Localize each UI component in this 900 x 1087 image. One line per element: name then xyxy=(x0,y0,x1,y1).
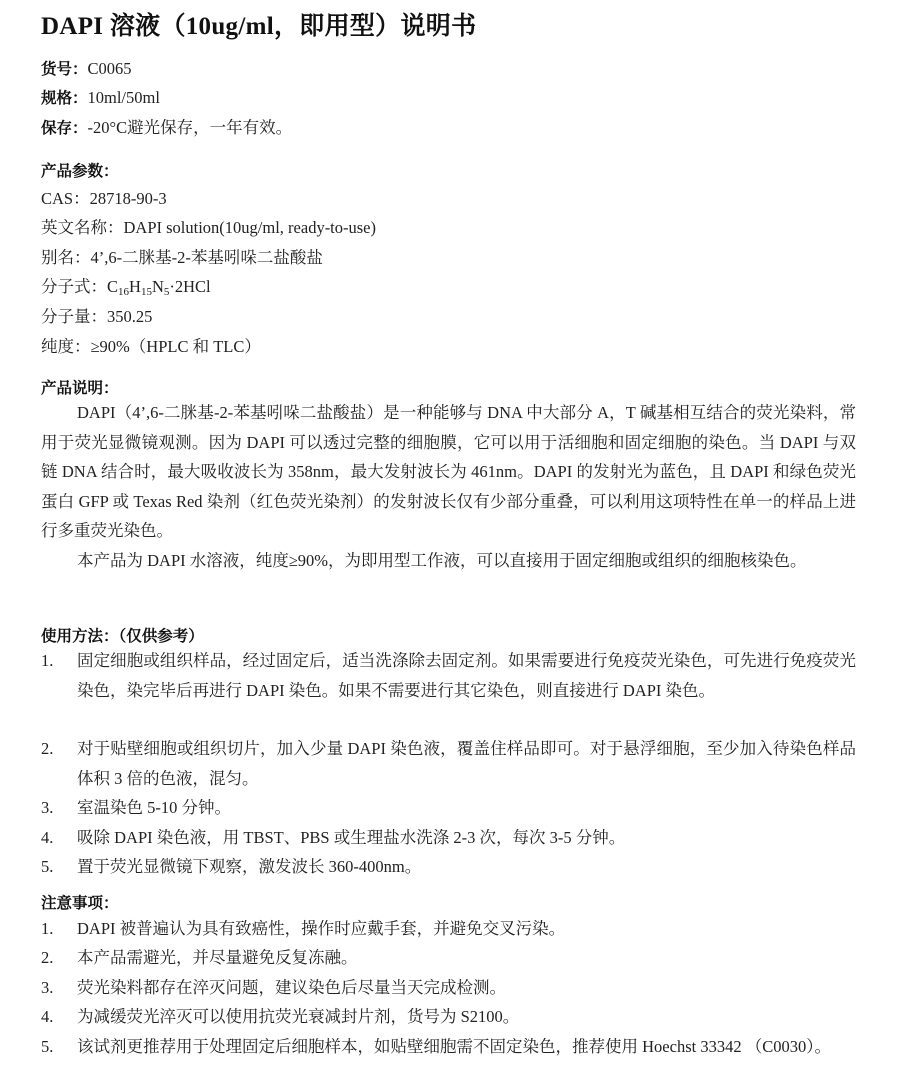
meta-label: 货号： xyxy=(41,60,88,78)
meta-value: -20°C避光保存，一年有效。 xyxy=(88,118,293,137)
meta-value: C0065 xyxy=(88,59,132,78)
usage-step: 3.室温染色 5-10 分钟。 xyxy=(41,793,856,823)
section-heading-params: 产品参数： xyxy=(41,159,119,181)
meta-label: 规格： xyxy=(41,89,88,107)
note-item: 3.荧光染料都存在淬灭问题，建议染色后尽量当天完成检测。 xyxy=(41,973,856,1003)
section-heading-description: 产品说明： xyxy=(41,376,119,398)
description-paragraph-1: DAPI（4’,6-二脒基-2-苯基吲哚二盐酸盐）是一种能够与 DNA 中大部分… xyxy=(41,398,856,546)
usage-step: 4.吸除 DAPI 染色液，用 TBST、PBS 或生理盐水洗涤 2-3 次，每… xyxy=(41,823,856,853)
usage-step: 1.固定细胞或组织样品，经过固定后，适当洗涤除去固定剂。如果需要进行免疫荧光染色… xyxy=(41,646,856,705)
description-paragraph-2: 本产品为 DAPI 水溶液，纯度≥90%，为即用型工作液，可以直接用于固定细胞或… xyxy=(41,546,856,576)
param-english-name: 英文名称：DAPI solution(10ug/ml, ready-to-use… xyxy=(41,217,376,239)
usage-step: 2.对于贴壁细胞或组织切片，加入少量 DAPI 染色液，覆盖住样品即可。对于悬浮… xyxy=(41,734,856,793)
param-cas: CAS：28718-90-3 xyxy=(41,188,167,210)
note-item: 2.本产品需避光，并尽量避免反复冻融。 xyxy=(41,943,856,973)
section-heading-usage: 使用方法：（仅供参考） xyxy=(41,624,204,646)
meta-label: 保存： xyxy=(41,119,88,137)
note-item: 5.该试剂更推荐用于处理固定后细胞样本，如贴壁细胞需不固定染色，推荐使用 Hoe… xyxy=(41,1032,856,1062)
param-alias: 别名：4’,6-二脒基-2-苯基吲哚二盐酸盐 xyxy=(41,247,323,269)
meta-catalog-number: 货号：C0065 xyxy=(41,58,132,80)
note-item: 1.DAPI 被普遍认为具有致癌性，操作时应戴手套，并避免交叉污染。 xyxy=(41,914,856,944)
param-molecular-weight: 分子量：350.25 xyxy=(41,306,152,328)
meta-spec: 规格：10ml/50ml xyxy=(41,87,160,109)
param-purity: 纯度：≥90%（HPLC 和 TLC） xyxy=(41,336,261,358)
usage-step: 5.置于荧光显微镜下观察，激发波长 360-400nm。 xyxy=(41,852,856,882)
meta-storage: 保存：-20°C避光保存，一年有效。 xyxy=(41,117,292,139)
note-item: 4.为减缓荧光淬灭可以使用抗荧光衰减封片剂，货号为 S2100。 xyxy=(41,1002,856,1032)
document-title: DAPI 溶液（10ug/ml，即用型）说明书 xyxy=(41,6,476,42)
param-formula: 分子式：C16H15N5·2HCl xyxy=(41,276,211,298)
meta-value: 10ml/50ml xyxy=(88,88,160,107)
section-heading-notes: 注意事项： xyxy=(41,891,119,913)
